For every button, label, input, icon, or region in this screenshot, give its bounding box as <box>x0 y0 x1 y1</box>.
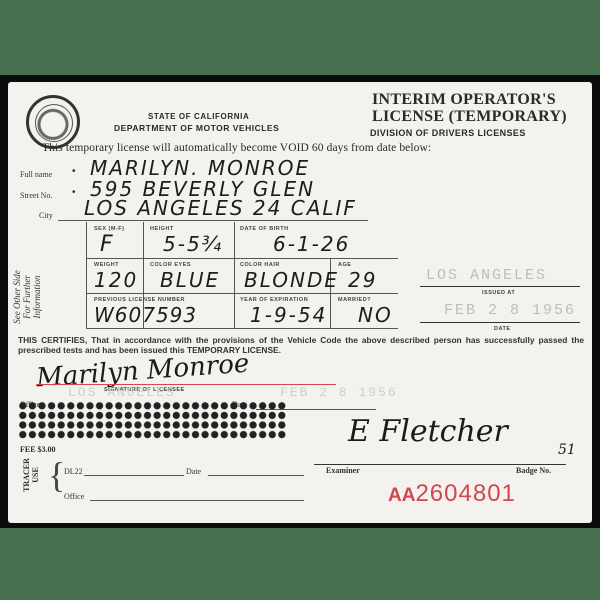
office-stamp: LOS ANGELES <box>68 385 176 400</box>
examiner-line <box>314 464 566 465</box>
tracer-office-line <box>90 500 304 501</box>
grid-row-line <box>86 258 398 259</box>
side-note: See Other Side For Further Information <box>12 262 42 332</box>
bullet: • <box>72 166 76 177</box>
serial-number: AA2604801 <box>388 480 516 508</box>
city-value: LOS ANGELES 24 CALIF <box>84 196 357 220</box>
serial-digits: 2604801 <box>415 480 515 507</box>
eyes-value: BLUE <box>160 268 220 292</box>
tracer-date-line <box>208 475 304 476</box>
date-label: DATE <box>494 326 511 332</box>
issued-date-line <box>420 322 580 323</box>
tracer-date-label: Date <box>186 467 201 476</box>
height-value: 5-5¾ <box>163 232 223 256</box>
dob-value: 6-1-26 <box>273 232 350 256</box>
serial-prefix: AA <box>388 485 415 506</box>
license-title-line2: LICENSE (TEMPORARY) <box>372 108 567 126</box>
weight-value: 120 <box>94 268 138 292</box>
hair-value: BLONDE <box>244 268 339 292</box>
tracer-use-label: TRACER USE <box>22 450 40 500</box>
void-notice: This temporary license will automaticall… <box>42 142 431 154</box>
punch-hole-grid <box>18 401 286 439</box>
issued-date-stamp: FEB 2 8 1956 <box>444 302 576 319</box>
bullet: • <box>72 187 76 198</box>
state-heading: STATE OF CALIFORNIA <box>148 112 249 121</box>
dl22-label: DL22 <box>64 467 83 476</box>
issued-at-label: ISSUED AT <box>482 290 515 296</box>
license-title-line1: INTERIM OPERATOR'S <box>372 91 556 109</box>
city-underline <box>58 220 368 221</box>
badge-number: 51 <box>558 442 576 458</box>
city-label: City <box>39 211 53 220</box>
age-value: 29 <box>348 268 377 292</box>
examiner-signature: E Fletcher <box>348 414 508 449</box>
sex-value: F <box>100 232 115 257</box>
issued-place-stamp: LOS ANGELES <box>426 267 547 284</box>
full-name-label: Full name <box>20 170 52 179</box>
office-date-stamp: FEB 2 8 1956 <box>280 385 398 400</box>
california-state-seal-icon <box>26 95 80 149</box>
grid-border <box>234 222 235 328</box>
grid-row-line <box>86 328 398 329</box>
street-label: Street No. <box>20 191 52 200</box>
examiner-label: Examiner <box>326 466 360 475</box>
temporary-license-document: STATE OF CALIFORNIA DEPARTMENT OF MOTOR … <box>8 82 592 523</box>
grid-row-line <box>86 293 398 294</box>
married-value: NO <box>358 303 393 327</box>
brace-icon: { <box>48 455 65 495</box>
issued-place-line <box>420 286 580 287</box>
grid-border <box>86 222 87 328</box>
expiration-value: 1-9-54 <box>250 303 327 327</box>
certification-text: THIS CERTIFIES, That in accordance with … <box>18 335 584 355</box>
badge-label: Badge No. <box>516 466 551 475</box>
tracer-office-label: Office <box>64 492 84 501</box>
department-heading: DEPARTMENT OF MOTOR VEHICLES <box>114 123 279 133</box>
dl22-line <box>84 475 184 476</box>
prev-license-value: W607593 <box>94 303 197 327</box>
division-heading: DIVISION OF DRIVERS LICENSES <box>370 128 526 138</box>
